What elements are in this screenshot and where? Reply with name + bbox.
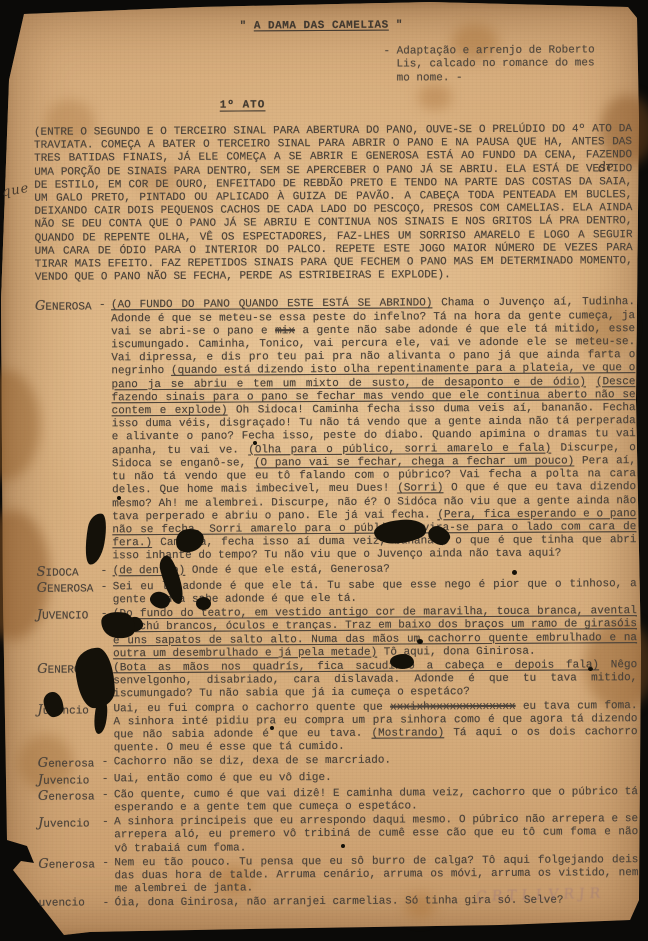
dialogue-list: GENEROSA-(AO FUNDO DO PANO QUANDO ESTE E… [0, 296, 648, 911]
stage-direction: (Sorri) [397, 483, 443, 495]
dialogue-text: Cão quente, cumo é que vai dizê! E camin… [114, 786, 638, 816]
dialogue-text: (de dentro) Onde é que ele está, Generos… [113, 562, 637, 580]
scanned-script-page: " A DAMA DAS CAMELIAS " - Adaptação e ar… [0, 0, 648, 941]
speaker-name: Juvencio [38, 773, 102, 789]
page-title: " A DAMA DAS CAMELIAS " [0, 18, 645, 35]
speaker-dash: - [102, 857, 114, 897]
speaker-name: GENEROSA [37, 581, 101, 608]
speaker-name: Generosa [38, 857, 102, 897]
dialogue-row: GENEROSA-(Bota as mãos nos quadrís, fica… [1, 659, 648, 703]
struck-text: mix [275, 325, 295, 337]
speaker-name: Generosa [38, 789, 102, 816]
spoken-text: Cachorro não se diz, dexa de se marcriad… [114, 755, 391, 769]
dialogue-text: A sinhora principeis que eu arrespondo d… [114, 813, 638, 856]
handwritten-inline-note: de [597, 159, 614, 176]
speaker-name: JUVENCIO [37, 608, 101, 661]
stage-direction: (Mostrando) [372, 727, 445, 739]
speaker-dash: - [102, 816, 114, 856]
handwritten-initial: J [38, 772, 43, 787]
speaker-dash: - [101, 608, 113, 661]
dialogue-text: Uai, então como é que eu vô dige. [114, 770, 638, 788]
spoken-text: Uai, então como é que eu vô dige. [114, 772, 332, 785]
dialogue-text: (Bota as mãos nos quadrís, fica sacudind… [113, 659, 637, 702]
speaker-name: Juvencio [37, 703, 101, 756]
stage-direction: (de dentro) [113, 564, 186, 576]
dialogue-text: (Do fundo do teatro, em vestido antigo c… [113, 605, 637, 661]
title-quote-close: " [389, 20, 403, 32]
act-heading: 1º ATO [220, 97, 646, 113]
stage-direction: (O pano vai se fechar, chega a fechar um… [254, 455, 574, 469]
speaker-name: Generosa [38, 757, 102, 773]
handwritten-initial: G [38, 856, 48, 871]
speaker-name: SIDOCA [37, 565, 101, 581]
stage-direction: (quando está dizendo isto olha repentina… [111, 363, 635, 391]
handwritten-initial: G [38, 756, 48, 771]
speaker-dash: - [101, 581, 113, 607]
handwritten-initial: G [38, 788, 48, 803]
title-text: A DAMA DAS CAMELIAS [254, 20, 389, 33]
dialogue-row: Juvencio-Uai, eu fui compra o cachorro q… [1, 700, 648, 757]
spoken-text [586, 376, 596, 388]
struck-text: xxxixhxxxxxxxxxxxxx [390, 700, 515, 713]
handwritten-initial: J [38, 816, 43, 831]
speaker-dash: - [102, 789, 114, 815]
spoken-text: A sinhora principeis que eu arrespondo d… [114, 813, 638, 855]
dialogue-text: Uai, eu fui compra o cachorro quente que… [113, 700, 637, 756]
spoken-text: Uai, eu fui compra o cachorro quente que [113, 701, 390, 715]
speaker-dash: - [101, 662, 113, 702]
speaker-dash: - [101, 565, 113, 580]
speaker-name: GENEROSA [37, 662, 101, 702]
dialogue-row: GENEROSA-Sei eu lá adonde é que ele tá. … [1, 578, 648, 608]
spoken-text: Cão quente, cumo é que vai dizê! E camin… [114, 786, 638, 814]
speaker-name: GENEROSA [35, 300, 101, 564]
stage-direction: (Do fundo do teatro, em vestido antigo c… [113, 605, 637, 660]
stage-direction: (AO FUNDO DO PANO QUANDO ESTE ESTÁ SE AB… [111, 298, 433, 312]
speaker-dash: - [102, 773, 114, 788]
handwritten-initial: G [37, 580, 47, 595]
stage-directions-intro: (ENTRE O SEGUNDO E O TERCEIRO SINAL PARA… [34, 123, 633, 285]
speaker-dash: - [101, 703, 113, 756]
handwritten-initial: S [37, 564, 46, 579]
dialogue-row: JUVENCIO-(Do fundo do teatro, em vestido… [1, 605, 648, 662]
speaker-dash: - [102, 757, 114, 772]
dialogue-row: Generosa-Cão quente, cumo é que vai dizê… [2, 786, 648, 816]
handwritten-initial: J [37, 608, 42, 623]
dialogue-row: GENEROSA-(AO FUNDO DO PANO QUANDO ESTE E… [0, 296, 648, 564]
handwritten-initial: G [35, 299, 45, 314]
handwritten-initial: J [37, 702, 42, 717]
stage-direction: (Olha para o público, sorri amarelo e fa… [248, 442, 551, 456]
dialogue-text: Cachorro não se diz, dexa de se marcriad… [114, 753, 638, 771]
spoken-text: Sei eu lá adonde é que ele tá. Tu sabe q… [113, 578, 637, 606]
speaker-name: uvencio [39, 898, 103, 912]
byline: - Adaptação e arrenjo de Roberto Lis, ca… [383, 44, 633, 85]
spoken-text: Caminha, fecha isso aí duma veiz, bananã… [112, 534, 636, 562]
dialogue-row: Juvencio-A sinhora principeis que eu arr… [2, 813, 648, 857]
dialogue-text: (AO FUNDO DO PANO QUANDO ESTE ESTÁ SE AB… [111, 297, 637, 564]
byline-line: mo nome. - [384, 71, 634, 86]
spoken-text: Onde é que ele está, Generosa? [185, 563, 390, 576]
dialogue-text: Sei eu lá adonde é que ele tá. Tu sabe q… [113, 578, 637, 608]
typed-content: " A DAMA DAS CAMELIAS " - Adaptação e ar… [0, 0, 648, 941]
handwritten-initial: G [37, 662, 47, 677]
title-quote-open: " [240, 20, 254, 32]
spoken-text: Tô aqui, dona Ginirosa. [377, 645, 536, 658]
speaker-name: Juvencio [38, 817, 102, 857]
speaker-dash: - [103, 898, 115, 911]
